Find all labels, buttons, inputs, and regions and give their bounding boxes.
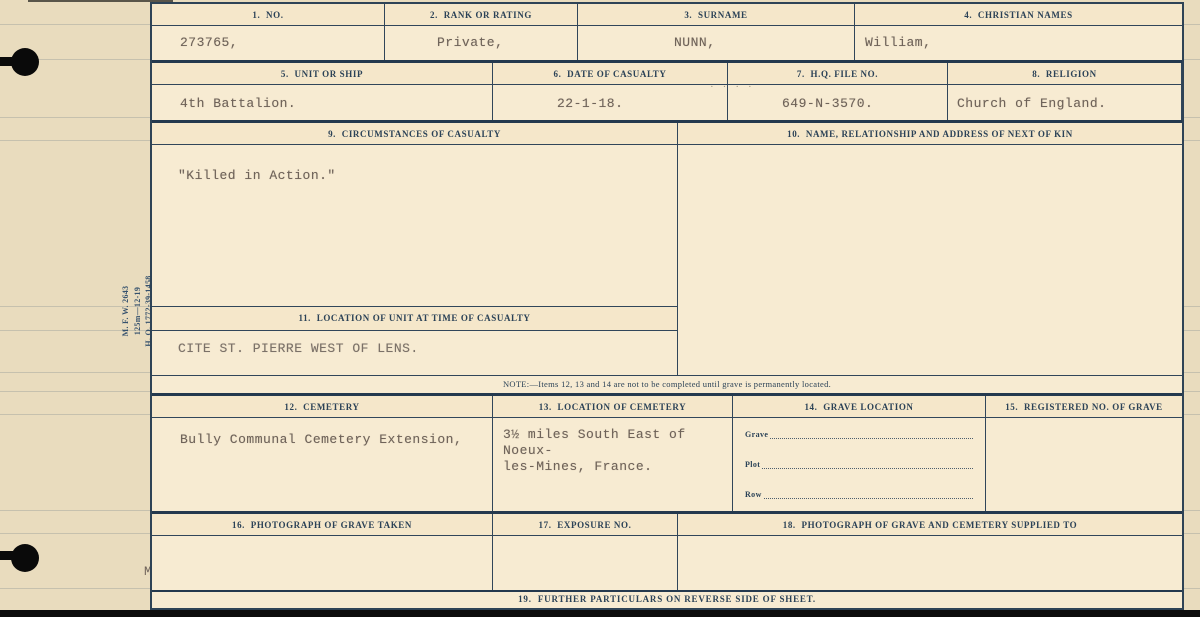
field-religion-label: 8. RELIGION: [948, 63, 1181, 85]
record-card-page: M. F. W. 2643 125m—12-19 H. Q. 1772-39-1…: [0, 0, 1200, 617]
field-christian-names-label: 4. CHRISTIAN NAMES: [855, 4, 1182, 26]
field-religion-value: Church of England.: [957, 96, 1106, 112]
field-cemetery-location-label: 13. LOCATION OF CEMETERY: [493, 396, 732, 418]
field-next-of-kin: 10. NAME, RELATIONSHIP AND ADDRESS OF NE…: [678, 123, 1182, 375]
field-circumstances: 9. CIRCUMSTANCES OF CASUALTY "Killed in …: [152, 123, 678, 375]
field-hq-file-value: 649-N-3570.: [782, 96, 873, 112]
field-no-value: 273765,: [180, 35, 238, 51]
field-unit: 5. UNIT OR SHIP 4th Battalion.: [152, 63, 493, 120]
dotted-leader: [762, 459, 973, 469]
punch-hole-bottom: [11, 544, 39, 572]
field-cemetery-location-value: 3½ miles South East of Noeux- les-Mines,…: [503, 427, 732, 475]
stamp-line: 125m—12-19: [132, 253, 144, 369]
field-photo-supplied: 18. PHOTOGRAPH OF GRAVE AND CEMETERY SUP…: [678, 514, 1182, 590]
field-christian-names: 4. CHRISTIAN NAMES William,: [855, 4, 1182, 60]
row-label: Row: [745, 490, 762, 499]
field-religion: 8. RELIGION Church of England.: [948, 63, 1182, 120]
field-cemetery-location: 13. LOCATION OF CEMETERY 3½ miles South …: [493, 396, 733, 511]
plot-line: Plot: [745, 459, 973, 469]
field-registered-no: 15. REGISTERED NO. OF GRAVE: [986, 396, 1182, 511]
field-photo-taken-label: 16. PHOTOGRAPH OF GRAVE TAKEN: [152, 514, 492, 536]
field-hq-file-label: 7. H.Q. FILE NO.: [728, 63, 947, 85]
field-rank: 2. RANK OR RATING Private,: [385, 4, 578, 60]
field-no: 1. NO. 273765,: [152, 4, 385, 60]
field-unit-label: 5. UNIT OR SHIP: [152, 63, 492, 85]
field-surname-label: 3. SURNAME: [578, 4, 854, 26]
field-surname-value: NUNN,: [674, 35, 716, 51]
dotted-leader: [764, 489, 973, 499]
field-casualty-date-label: 6. DATE OF CASUALTY: [493, 63, 727, 85]
row-fields-9-11: 9. CIRCUMSTANCES OF CASUALTY "Killed in …: [152, 123, 1182, 375]
field-hq-file: 7. H.Q. FILE NO. 649-N-3570.: [728, 63, 948, 120]
row-fields-5-8: 5. UNIT OR SHIP 4th Battalion. 6. DATE O…: [152, 63, 1182, 123]
field-unit-location-label: 11. LOCATION OF UNIT AT TIME OF CASUALTY: [152, 306, 677, 331]
pencil-dots: ····: [710, 81, 761, 93]
field-next-of-kin-label: 10. NAME, RELATIONSHIP AND ADDRESS OF NE…: [678, 123, 1182, 145]
field-casualty-date: 6. DATE OF CASUALTY 22-1-18.: [493, 63, 728, 120]
field-no-label: 1. NO.: [152, 4, 384, 26]
field-exposure-label: 17. EXPOSURE NO.: [493, 514, 677, 536]
field-circumstances-value: "Killed in Action.": [178, 168, 336, 184]
field-unit-value: 4th Battalion.: [180, 96, 296, 112]
row-fields-16-18: 16. PHOTOGRAPH OF GRAVE TAKEN 17. EXPOSU…: [152, 514, 1182, 592]
field-exposure: 17. EXPOSURE NO.: [493, 514, 678, 590]
further-particulars-strip: 19. FURTHER PARTICULARS ON REVERSE SIDE …: [152, 592, 1182, 608]
note-strip: NOTE:—Items 12, 13 and 14 are not to be …: [152, 375, 1182, 396]
dotted-leader: [770, 429, 973, 439]
row-line: Row: [745, 489, 973, 499]
field-cemetery-label: 12. CEMETERY: [152, 396, 492, 418]
field-photo-supplied-label: 18. PHOTOGRAPH OF GRAVE AND CEMETERY SUP…: [678, 514, 1182, 536]
field-grave-location-label: 14. GRAVE LOCATION: [733, 396, 985, 418]
field-rank-label: 2. RANK OR RATING: [385, 4, 577, 26]
field-christian-names-value: William,: [865, 35, 931, 51]
grave-label: Grave: [745, 430, 768, 439]
field-surname: 3. SURNAME NUNN,: [578, 4, 855, 60]
field-cemetery: 12. CEMETERY Bully Communal Cemetery Ext…: [152, 396, 493, 511]
field-grave-location: 14. GRAVE LOCATION Grave Plot Row: [733, 396, 986, 511]
casualty-form: 1. NO. 273765, 2. RANK OR RATING Private…: [150, 2, 1184, 610]
field-photo-taken: 16. PHOTOGRAPH OF GRAVE TAKEN: [152, 514, 493, 590]
field-cemetery-value: Bully Communal Cemetery Extension,: [180, 432, 462, 448]
scan-edge-bar: [0, 610, 1200, 617]
field-rank-value: Private,: [437, 35, 503, 51]
field-unit-location-value: CITE ST. PIERRE WEST OF LENS.: [178, 341, 419, 357]
field-circumstances-label: 9. CIRCUMSTANCES OF CASUALTY: [152, 123, 677, 145]
plot-label: Plot: [745, 460, 760, 469]
row-fields-1-4: 1. NO. 273765, 2. RANK OR RATING Private…: [152, 4, 1182, 63]
stamp-line: M. F. W. 2643: [120, 253, 132, 369]
grave-line: Grave: [745, 429, 973, 439]
row-fields-12-15: 12. CEMETERY Bully Communal Cemetery Ext…: [152, 396, 1182, 514]
field-casualty-date-value: 22-1-18.: [557, 96, 623, 112]
field-registered-no-label: 15. REGISTERED NO. OF GRAVE: [986, 396, 1182, 418]
punch-hole-top: [11, 48, 39, 76]
